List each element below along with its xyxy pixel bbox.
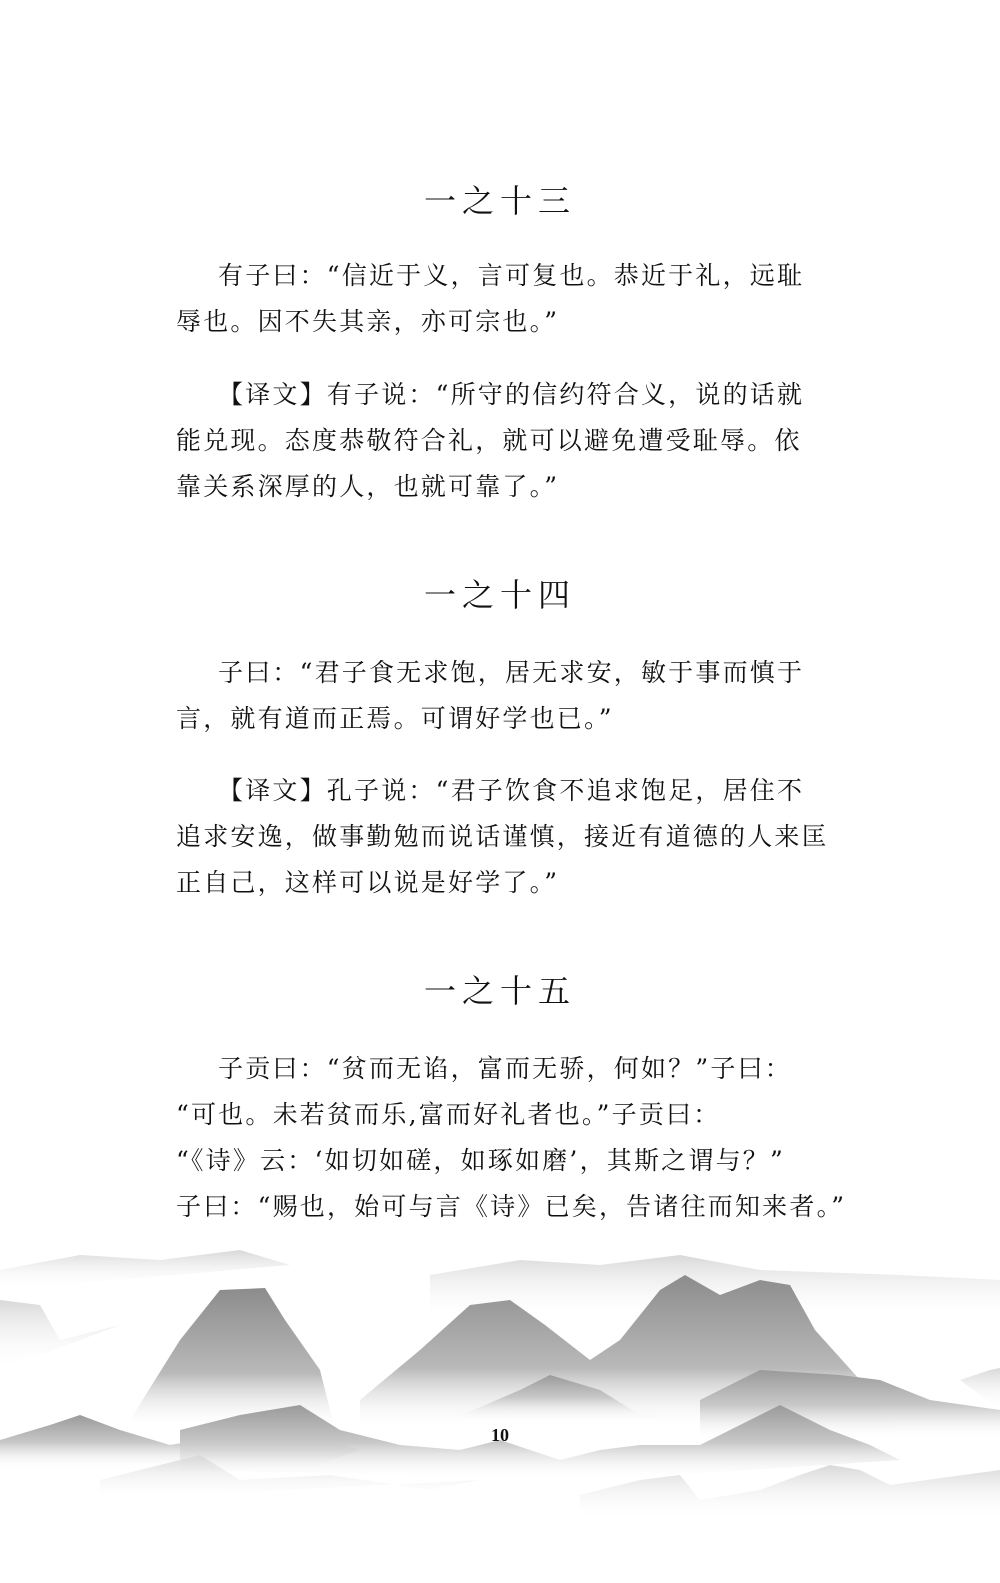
section-heading: 一之十五 [0, 966, 1000, 1012]
text-line: 追求安逸，做事勤勉而说话谨慎，接近有道德的人来匡 [176, 814, 866, 860]
text-line: 【译文】有子说：“所守的信约符合义，说的话就 [176, 372, 866, 418]
book-page: 一之十三 有子曰：“信近于义，言可复也。恭近于礼，远耻 辱也。因不失其亲，亦可宗… [0, 0, 1000, 1583]
text-line: “《诗》云：‘如切如磋，如琢如磨’，其斯之谓与？” [176, 1138, 866, 1184]
text-line: 有子曰：“信近于义，言可复也。恭近于礼，远耻 [176, 253, 866, 299]
text-line: 正自己，这样可以说是好学了。” [176, 860, 866, 906]
text-line: 子贡曰：“贫而无谄，富而无骄，何如？”子曰： [176, 1046, 866, 1092]
translation-text: 【译文】有子说：“所守的信约符合义，说的话就 能兑现。态度恭敬符合礼，就可以避免… [176, 372, 866, 510]
text-line: 能兑现。态度恭敬符合礼，就可以避免遭受耻辱。依 [176, 418, 866, 464]
text-line: 言，就有道而正焉。可谓好学也已。” [176, 696, 866, 742]
text-line: 【译文】孔子说：“君子饮食不追求饱足，居住不 [176, 768, 866, 814]
text-line: 辱也。因不失其亲，亦可宗也。” [176, 299, 866, 345]
text-line: 子曰：“君子食无求饱，居无求安，敏于事而慎于 [176, 650, 866, 696]
ink-mountains-illustration [0, 1230, 1000, 1530]
section-heading: 一之十四 [0, 570, 1000, 616]
original-text: 子曰：“君子食无求饱，居无求安，敏于事而慎于 言，就有道而正焉。可谓好学也已。” [176, 650, 866, 742]
text-line: 靠关系深厚的人，也就可靠了。” [176, 464, 866, 510]
section-heading: 一之十三 [0, 176, 1000, 222]
original-text: 子贡曰：“贫而无谄，富而无骄，何如？”子曰： “可也。未若贫而乐,富而好礼者也。… [176, 1046, 866, 1230]
translation-text: 【译文】孔子说：“君子饮食不追求饱足，居住不 追求安逸，做事勤勉而说话谨慎，接近… [176, 768, 866, 906]
page-number: 10 [0, 1425, 1000, 1446]
text-line: “可也。未若贫而乐,富而好礼者也。”子贡曰： [176, 1092, 866, 1138]
text-line: 子曰：“赐也，始可与言《诗》已矣，告诸往而知来者。” [176, 1184, 866, 1230]
original-text: 有子曰：“信近于义，言可复也。恭近于礼，远耻 辱也。因不失其亲，亦可宗也。” [176, 253, 866, 345]
